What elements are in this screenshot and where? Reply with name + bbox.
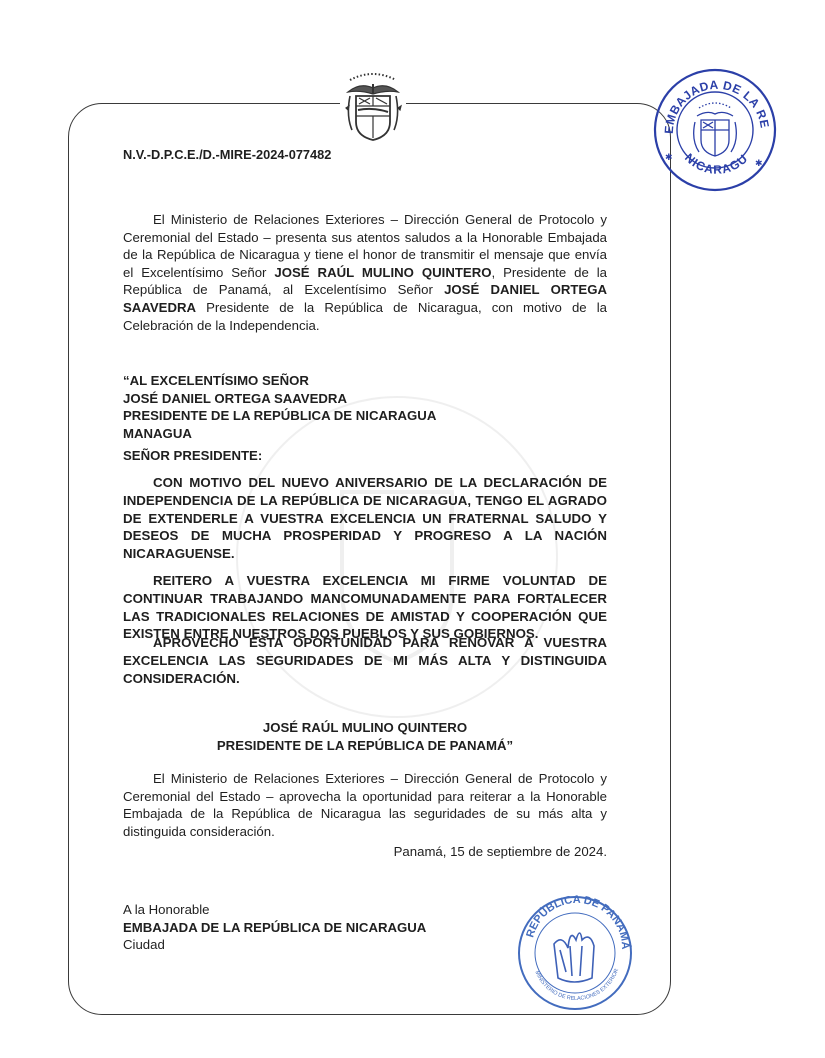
recipient-city: Ciudad	[123, 936, 426, 954]
svg-text:✱: ✱	[755, 158, 763, 168]
message-paragraph: REITERO A VUESTRA EXCELENCIA MI FIRME VO…	[123, 572, 607, 643]
message-paragraph: CON MOTIVO DEL NUEVO ANIVERSARIO DE LA D…	[123, 474, 607, 563]
recipient-block: A la Honorable EMBAJADA DE LA REPÚBLICA …	[123, 901, 426, 954]
message-text: REITERO A VUESTRA EXCELENCIA MI FIRME VO…	[123, 573, 607, 641]
message-text: APROVECHO ESTA OPORTUNIDAD PARA RENOVAR …	[123, 635, 607, 686]
closing-text: El Ministerio de Relaciones Exteriores –…	[123, 771, 607, 839]
coat-of-arms-icon	[342, 70, 404, 144]
intro-paragraph: El Ministerio de Relaciones Exteriores –…	[123, 211, 607, 334]
address-line: “AL EXCELENTÍSIMO SEÑOR	[123, 372, 436, 390]
recipient-embassy: EMBAJADA DE LA REPÚBLICA DE NICARAGUA	[123, 919, 426, 937]
reference-number: N.V.-D.P.C.E./D.-MIRE-2024-077482	[123, 146, 331, 164]
address-line: JOSÉ DANIEL ORTEGA SAAVEDRA	[123, 390, 436, 408]
embassy-seal-stamp: EMBAJADA DE LA REPUBLICA DE PANAMA NICAR…	[651, 66, 779, 194]
address-line: MANAGUA	[123, 425, 436, 443]
signature-title: PRESIDENTE DE LA REPÚBLICA DE PANAMÁ”	[123, 737, 607, 755]
message-paragraph: APROVECHO ESTA OPORTUNIDAD PARA RENOVAR …	[123, 634, 607, 687]
sender-name: JOSÉ RAÚL MULINO QUINTERO	[274, 265, 491, 280]
closing-paragraph: El Ministerio de Relaciones Exteriores –…	[123, 770, 607, 840]
signature-name: JOSÉ RAÚL MULINO QUINTERO	[123, 719, 607, 737]
ministry-seal-stamp: REPÚBLICA DE PANAMÁ MINISTERIO DE RELACI…	[510, 888, 640, 1018]
date-line: Panamá, 15 de septiembre de 2024.	[123, 843, 607, 861]
address-block: “AL EXCELENTÍSIMO SEÑOR JOSÉ DANIEL ORTE…	[123, 372, 436, 442]
message-text: CON MOTIVO DEL NUEVO ANIVERSARIO DE LA D…	[123, 475, 607, 561]
recipient-line: A la Honorable	[123, 901, 426, 919]
svg-text:✱: ✱	[665, 152, 673, 162]
svg-text:EMBAJADA DE LA REPUBLICA DE PA: EMBAJADA DE LA REPUBLICA DE PANAMA	[651, 66, 772, 134]
svg-text:REPÚBLICA DE PANAMÁ: REPÚBLICA DE PANAMÁ	[524, 894, 632, 950]
address-line: PRESIDENTE DE LA REPÚBLICA DE NICARAGUA	[123, 407, 436, 425]
salutation: SEÑOR PRESIDENTE:	[123, 447, 262, 465]
intro-text: Presidente de la República de Nicaragua,…	[123, 300, 607, 333]
